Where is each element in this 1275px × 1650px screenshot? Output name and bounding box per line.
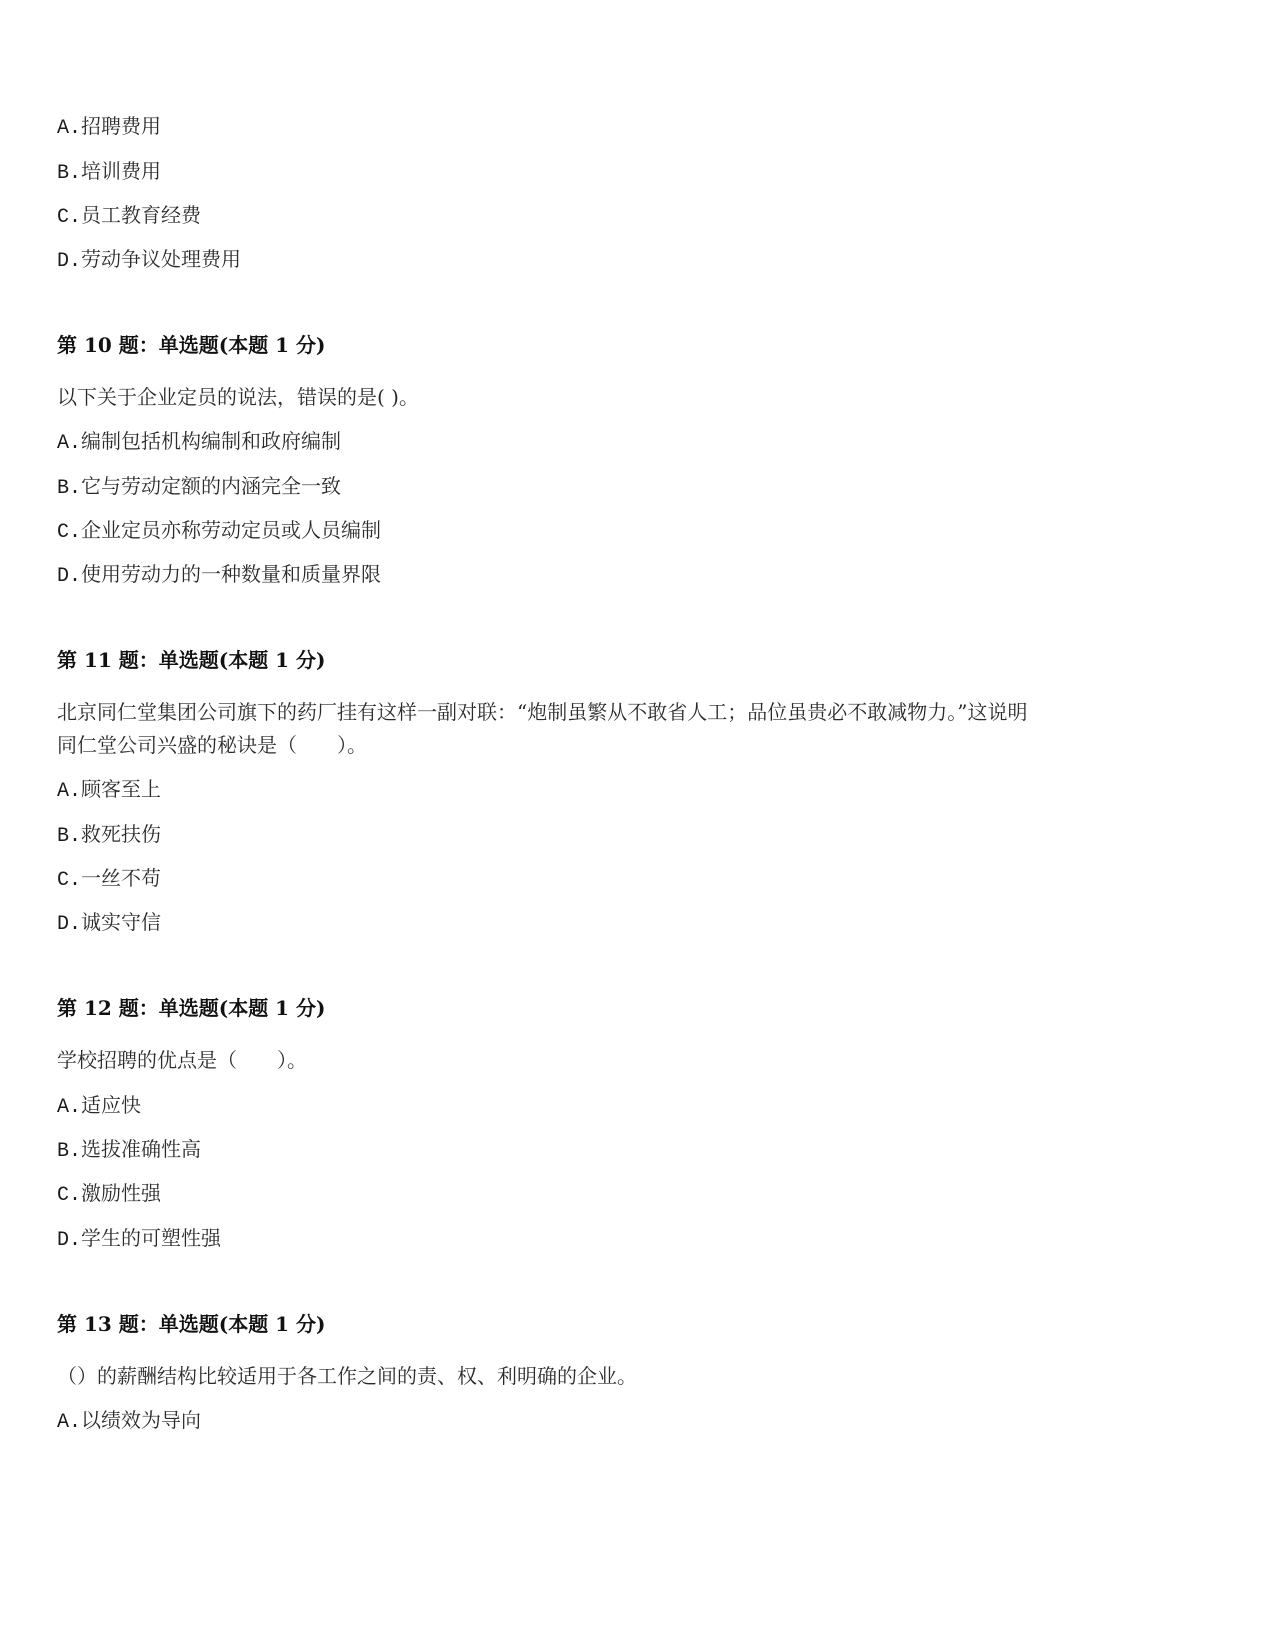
option-text: 适应快 bbox=[81, 1093, 141, 1117]
option-b: B.救死扶伤 bbox=[57, 820, 161, 851]
option-a: A.适应快 bbox=[57, 1091, 141, 1122]
option-a: A.编制包括机构编制和政府编制 bbox=[57, 427, 341, 458]
question-heading: 第 12 题：单选题(本题 1 分) bbox=[57, 994, 326, 1022]
question-heading: 第 10 题：单选题(本题 1 分) bbox=[57, 331, 326, 359]
option-text: 顾客至上 bbox=[81, 777, 161, 801]
option-letter: A. bbox=[57, 780, 81, 803]
option-text: 企业定员亦称劳动定员或人员编制 bbox=[81, 518, 381, 542]
option-text: 学生的可塑性强 bbox=[81, 1226, 221, 1250]
option-text: 招聘费用 bbox=[81, 114, 161, 138]
option-letter: C. bbox=[57, 521, 81, 544]
option-letter: B. bbox=[57, 477, 81, 500]
option-letter: C. bbox=[57, 206, 81, 229]
option-letter: A. bbox=[57, 117, 81, 140]
option-text: 使用劳动力的一种数量和质量界限 bbox=[81, 562, 381, 586]
question-heading: 第 13 题：单选题(本题 1 分) bbox=[57, 1310, 326, 1338]
option-text: 员工教育经费 bbox=[81, 203, 201, 227]
question-stem: 学校招聘的优点是（ ）。 bbox=[57, 1046, 307, 1074]
question-heading: 第 11 题：单选题(本题 1 分) bbox=[57, 646, 326, 674]
option-letter: C. bbox=[57, 1184, 81, 1207]
option-text: 激励性强 bbox=[81, 1181, 161, 1205]
option-letter: C. bbox=[57, 869, 81, 892]
option-c: C.员工教育经费 bbox=[57, 201, 201, 232]
option-letter: D. bbox=[57, 1229, 81, 1252]
option-b: B.培训费用 bbox=[57, 157, 161, 188]
option-d: D.使用劳动力的一种数量和质量界限 bbox=[57, 560, 381, 591]
option-letter: A. bbox=[57, 432, 81, 455]
option-text: 它与劳动定额的内涵完全一致 bbox=[81, 474, 341, 498]
option-a: A.招聘费用 bbox=[57, 112, 161, 143]
option-text: 劳动争议处理费用 bbox=[81, 247, 241, 271]
option-d: D.劳动争议处理费用 bbox=[57, 245, 241, 276]
option-b: B.它与劳动定额的内涵完全一致 bbox=[57, 472, 341, 503]
option-a: A.以绩效为导向 bbox=[57, 1406, 201, 1437]
option-c: C.企业定员亦称劳动定员或人员编制 bbox=[57, 516, 381, 547]
option-text: 以绩效为导向 bbox=[81, 1408, 201, 1432]
option-c: C.一丝不苟 bbox=[57, 864, 161, 895]
option-text: 编制包括机构编制和政府编制 bbox=[81, 429, 341, 453]
question-stem-continued: 同仁堂公司兴盛的秘诀是（ ）。 bbox=[57, 731, 367, 759]
option-letter: B. bbox=[57, 162, 81, 185]
question-stem: （）的薪酬结构比较适用于各工作之间的责、权、利明确的企业。 bbox=[57, 1362, 637, 1390]
option-d: D.诚实守信 bbox=[57, 908, 161, 939]
option-text: 选拔准确性高 bbox=[81, 1137, 201, 1161]
option-d: D.学生的可塑性强 bbox=[57, 1224, 221, 1255]
option-text: 诚实守信 bbox=[81, 910, 161, 934]
option-letter: D. bbox=[57, 913, 81, 936]
question-stem: 北京同仁堂集团公司旗下的药厂挂有这样一副对联：“炮制虽繁从不敢省人工；品位虽贵必… bbox=[57, 698, 1027, 726]
question-stem: 以下关于企业定员的说法，错误的是( )。 bbox=[57, 383, 419, 411]
option-letter: D. bbox=[57, 565, 81, 588]
option-letter: A. bbox=[57, 1096, 81, 1119]
option-text: 培训费用 bbox=[81, 159, 161, 183]
option-letter: B. bbox=[57, 825, 81, 848]
option-b: B.选拔准确性高 bbox=[57, 1135, 201, 1166]
option-text: 一丝不苟 bbox=[81, 866, 161, 890]
option-letter: A. bbox=[57, 1411, 81, 1434]
option-a: A.顾客至上 bbox=[57, 775, 161, 806]
option-letter: D. bbox=[57, 250, 81, 273]
option-text: 救死扶伤 bbox=[81, 822, 161, 846]
option-c: C.激励性强 bbox=[57, 1179, 161, 1210]
option-letter: B. bbox=[57, 1140, 81, 1163]
